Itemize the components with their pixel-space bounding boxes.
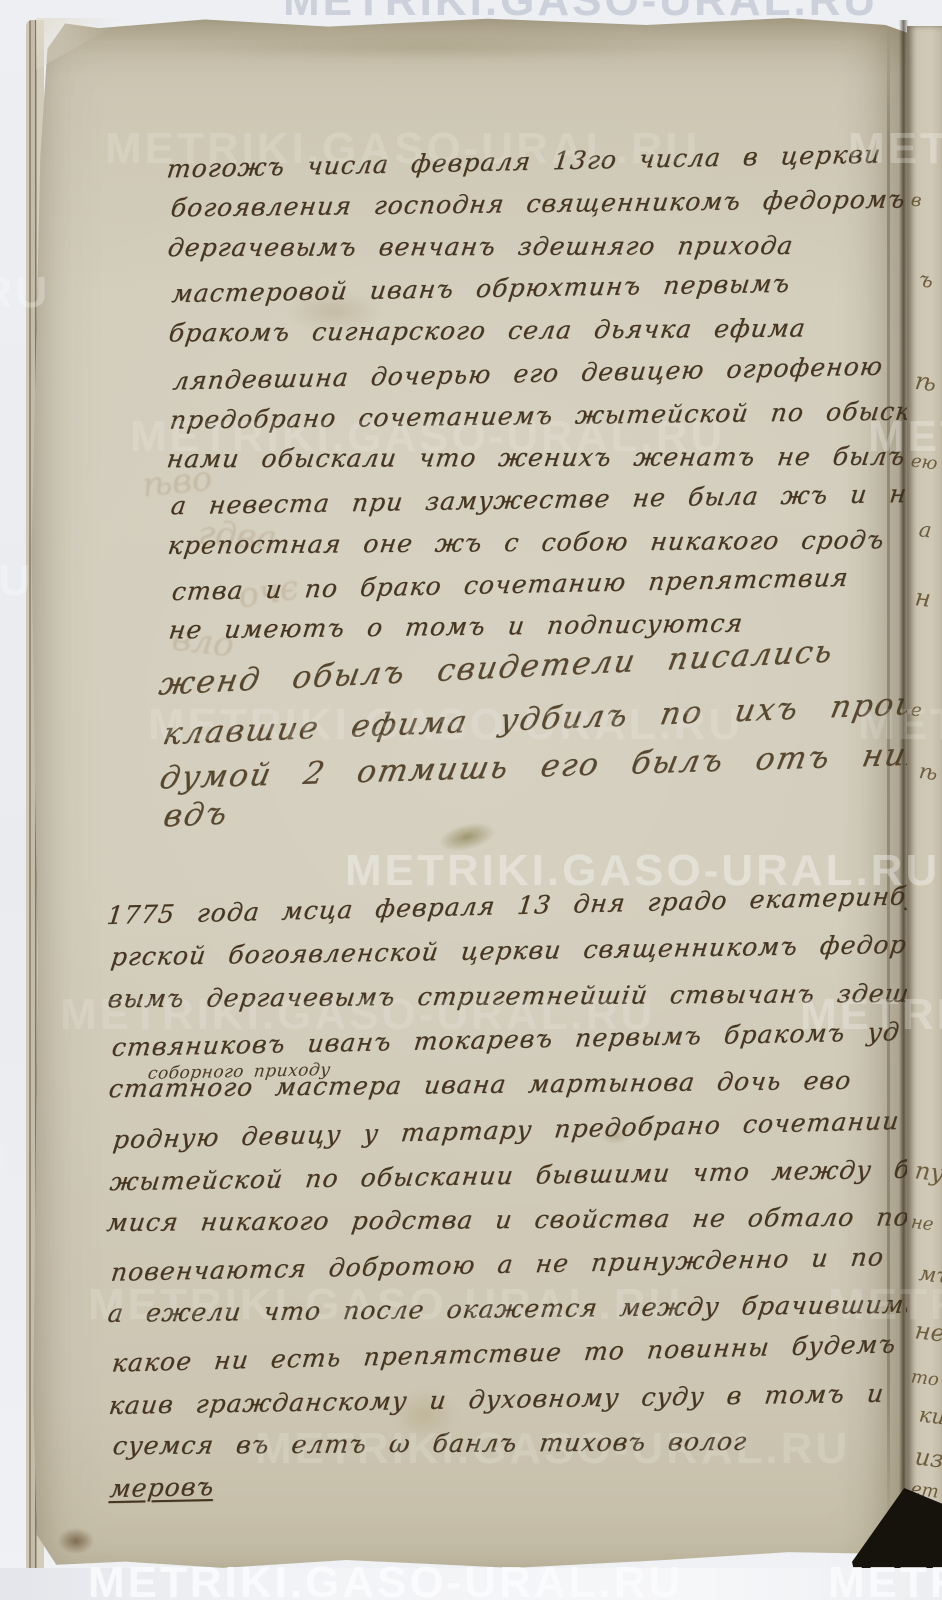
photographed-metric-book-page: ѣвогдваочєвло тогожъ числа февраля 13го … xyxy=(0,0,942,1600)
facing-text-fragment: пу xyxy=(913,1156,942,1187)
facing-text-fragment: то xyxy=(910,1366,940,1390)
facing-text-fragment: ѣ xyxy=(913,367,937,397)
page-crease xyxy=(887,24,890,1534)
inserted-note-line: соборного приходу xyxy=(147,1060,332,1084)
handwriting-line: меровъ xyxy=(108,1472,216,1503)
handwriting-line: крепостная оне жъ с собою никакого сродъ xyxy=(166,525,886,560)
bottom-paper-strip xyxy=(0,1568,942,1600)
handwriting-line: нами обыскали что женихъ женатъ не былъ xyxy=(165,442,908,474)
ink-smudge xyxy=(58,1528,94,1554)
facing-text-fragment: ки xyxy=(918,1403,942,1430)
handwriting-line: бракомъ сигнарского села дьячка ефима xyxy=(167,314,808,348)
handwriting-line: суемся въ елтъ ω банлъ тиховъ волог xyxy=(111,1426,749,1459)
facing-text-fragment: мъ xyxy=(918,1261,942,1289)
handwriting-line: вымъ дергачевымъ стригетнейшій ствычанъ … xyxy=(106,977,942,1013)
facing-text-fragment: ѣ xyxy=(918,759,939,785)
handwriting-line: мися никакого родства и свойства не обта… xyxy=(105,1202,942,1237)
signature-line: вдъ xyxy=(161,795,232,834)
facing-text-fragment: ею xyxy=(910,450,939,474)
paper-stain xyxy=(170,34,690,60)
facing-text-fragment: н xyxy=(913,583,932,613)
facing-text-fragment: ъ xyxy=(918,267,935,293)
facing-text-fragment: не xyxy=(910,1212,935,1236)
facing-text-fragment: из xyxy=(913,1442,942,1473)
handwriting-line: дергачевымъ венчанъ здешняго прихода xyxy=(166,230,795,261)
facing-text-fragment: не xyxy=(913,1316,942,1347)
